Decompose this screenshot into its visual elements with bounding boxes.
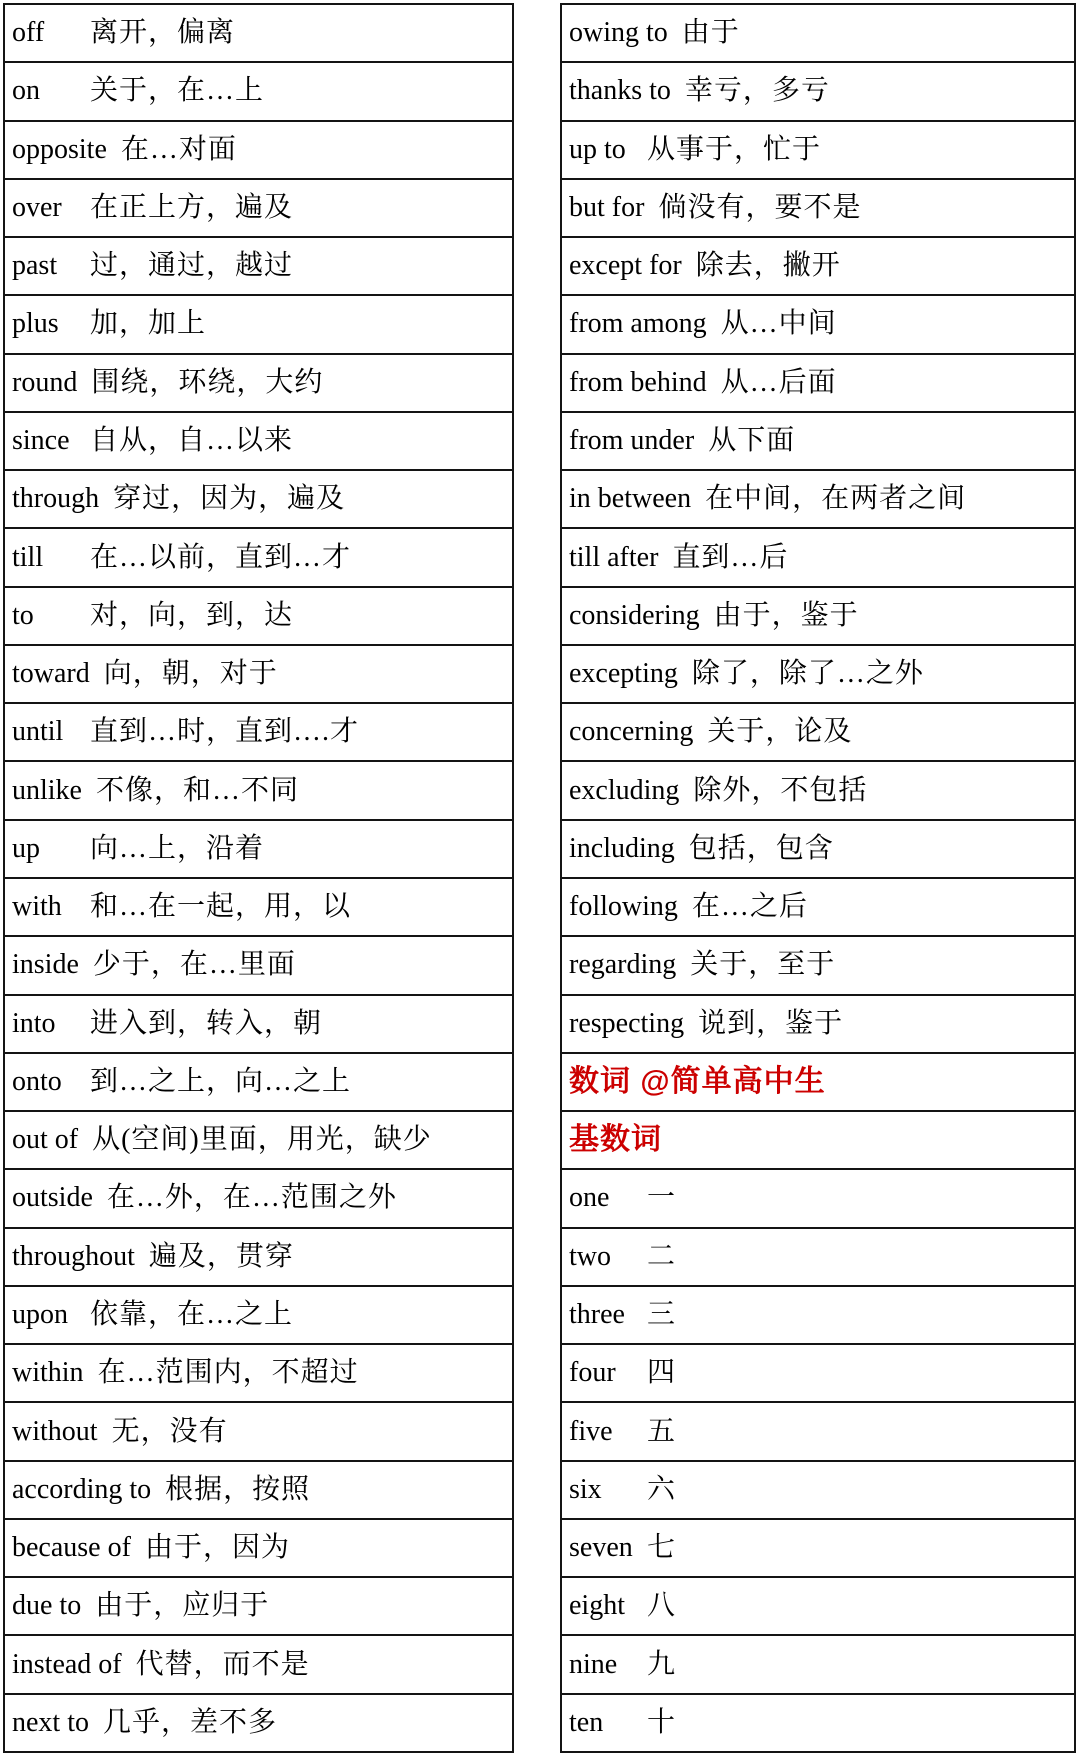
- english-word: regarding: [569, 951, 676, 979]
- chinese-meaning: 由于: [682, 19, 740, 47]
- english-word: up: [12, 835, 76, 863]
- vocab-row: excluding除外，不包括: [562, 762, 1074, 820]
- english-word: in between: [569, 485, 691, 513]
- english-word: toward: [12, 660, 90, 688]
- vocab-row: five五: [562, 1403, 1074, 1461]
- vocab-row: six六: [562, 1462, 1074, 1520]
- chinese-meaning: 对，向，到，达: [90, 602, 293, 630]
- chinese-meaning: 二: [647, 1243, 676, 1271]
- english-word: respecting: [569, 1010, 684, 1038]
- english-word: off: [12, 19, 76, 47]
- vocab-row: round围绕，环绕，大约: [5, 355, 512, 413]
- chinese-meaning: 过，通过，越过: [90, 252, 293, 280]
- chinese-meaning: 向…上，沿着: [90, 835, 264, 863]
- english-word: two: [569, 1243, 633, 1271]
- english-word: considering: [569, 602, 700, 630]
- vocab-row: from behind从…后面: [562, 355, 1074, 413]
- vocab-row: excepting除了，除了…之外: [562, 646, 1074, 704]
- vocab-row: according to根据，按照: [5, 1462, 512, 1520]
- chinese-meaning: 穿过，因为，遍及: [113, 485, 345, 513]
- vocab-row: in between在中间，在两者之间: [562, 471, 1074, 529]
- chinese-meaning: 六: [647, 1476, 676, 1504]
- chinese-meaning: 自从，自…以来: [90, 427, 293, 455]
- left-vocab-table: off离开，偏离on关于，在…上opposite在…对面over在正上方，遍及p…: [3, 3, 514, 1753]
- chinese-meaning: 从事于，忙于: [647, 136, 821, 164]
- vocab-row: seven七: [562, 1520, 1074, 1578]
- vocab-row: next to几乎，差不多: [5, 1695, 512, 1753]
- chinese-meaning: 九: [647, 1651, 676, 1679]
- chinese-meaning: 在…对面: [121, 136, 237, 164]
- english-word: unlike: [12, 777, 82, 805]
- chinese-meaning: 从(空间)里面，用光，缺少: [92, 1126, 432, 1154]
- english-word: past: [12, 252, 76, 280]
- vocab-row: following在…之后: [562, 879, 1074, 937]
- english-word: out of: [12, 1126, 78, 1154]
- english-word: opposite: [12, 136, 107, 164]
- chinese-meaning: 由于，应归于: [95, 1592, 269, 1620]
- english-word: instead of: [12, 1651, 122, 1679]
- english-word: except for: [569, 252, 682, 280]
- chinese-meaning: 无，没有: [112, 1418, 228, 1446]
- chinese-meaning: 倘没有，要不是: [658, 194, 861, 222]
- chinese-meaning: 向，朝，对于: [104, 660, 278, 688]
- english-word: within: [12, 1359, 84, 1387]
- english-word: seven: [569, 1534, 633, 1562]
- vocab-row: toward向，朝，对于: [5, 646, 512, 704]
- chinese-meaning: 直到…时，直到….才: [90, 718, 359, 746]
- chinese-meaning: 少于，在…里面: [93, 951, 296, 979]
- chinese-meaning: 从下面: [708, 427, 795, 455]
- vocab-row: out of从(空间)里面，用光，缺少: [5, 1112, 512, 1170]
- chinese-meaning: 和…在一起，用，以: [90, 893, 351, 921]
- english-word: nine: [569, 1651, 633, 1679]
- vocab-row: plus加，加上: [5, 296, 512, 354]
- vocab-row: ten十: [562, 1695, 1074, 1753]
- english-word: but for: [569, 194, 644, 222]
- english-word: from under: [569, 427, 694, 455]
- vocab-row: concerning关于，论及: [562, 704, 1074, 762]
- vocab-row: onto到…之上，向…之上: [5, 1054, 512, 1112]
- vocab-row: two二: [562, 1229, 1074, 1287]
- english-word: till after: [569, 544, 658, 572]
- vocab-row: regarding关于，至于: [562, 937, 1074, 995]
- chinese-meaning: 一: [647, 1184, 676, 1212]
- vocab-row: thanks to幸亏，多亏: [562, 63, 1074, 121]
- english-word: next to: [12, 1709, 89, 1737]
- chinese-meaning: 不像，和…不同: [96, 777, 299, 805]
- vocab-row: till在…以前，直到…才: [5, 529, 512, 587]
- chinese-meaning: 包括，包含: [689, 835, 834, 863]
- vocab-row: from among从…中间: [562, 296, 1074, 354]
- vocab-row: since自从，自…以来: [5, 413, 512, 471]
- chinese-meaning: 除外，不包括: [693, 777, 867, 805]
- vocab-row: without无，没有: [5, 1403, 512, 1461]
- vocab-row: until直到…时，直到….才: [5, 704, 512, 762]
- chinese-meaning: 除了，除了…之外: [692, 660, 924, 688]
- vocab-row: over在正上方，遍及: [5, 180, 512, 238]
- chinese-meaning: 进入到，转入，朝: [90, 1010, 322, 1038]
- vocab-row: considering由于，鉴于: [562, 588, 1074, 646]
- vocab-row: eight八: [562, 1578, 1074, 1636]
- chinese-meaning: 在…之后: [692, 893, 808, 921]
- chinese-meaning: 围绕，环绕，大约: [91, 369, 323, 397]
- english-word: excluding: [569, 777, 679, 805]
- chinese-meaning: 除去，撇开: [696, 252, 841, 280]
- vocab-row: upon依靠，在…之上: [5, 1287, 512, 1345]
- chinese-meaning: 五: [647, 1418, 676, 1446]
- english-word: from among: [569, 310, 707, 338]
- english-word: throughout: [12, 1243, 135, 1271]
- english-word: from behind: [569, 369, 707, 397]
- section-header: 基数词: [569, 1125, 662, 1155]
- vocab-row: up向…上，沿着: [5, 821, 512, 879]
- chinese-meaning: 在中间，在两者之间: [705, 485, 966, 513]
- english-word: upon: [12, 1301, 76, 1329]
- english-word: round: [12, 369, 77, 397]
- chinese-meaning: 幸亏，多亏: [685, 77, 830, 105]
- vocab-row: one一: [562, 1170, 1074, 1228]
- vocab-row: 基数词: [562, 1112, 1074, 1170]
- vocab-row: opposite在…对面: [5, 122, 512, 180]
- english-word: till: [12, 544, 76, 572]
- vocab-row: throughout遍及，贯穿: [5, 1229, 512, 1287]
- vocab-row: 数词 @简单高中生: [562, 1054, 1074, 1112]
- vocab-row: unlike不像，和…不同: [5, 762, 512, 820]
- chinese-meaning: 直到…后: [672, 544, 788, 572]
- vocab-row: except for除去，撇开: [562, 238, 1074, 296]
- chinese-meaning: 由于，因为: [145, 1534, 290, 1562]
- chinese-meaning: 到…之上，向…之上: [90, 1068, 351, 1096]
- english-word: because of: [12, 1534, 131, 1562]
- chinese-meaning: 遍及，贯穿: [149, 1243, 294, 1271]
- chinese-meaning: 关于，论及: [707, 718, 852, 746]
- vocab-row: because of由于，因为: [5, 1520, 512, 1578]
- chinese-meaning: 离开，偏离: [90, 19, 235, 47]
- vocab-row: into进入到，转入，朝: [5, 996, 512, 1054]
- vocab-row: owing to由于: [562, 5, 1074, 63]
- english-word: concerning: [569, 718, 693, 746]
- english-word: due to: [12, 1592, 81, 1620]
- english-word: to: [12, 602, 76, 630]
- english-word: outside: [12, 1184, 93, 1212]
- english-word: five: [569, 1418, 633, 1446]
- chinese-meaning: 三: [647, 1301, 676, 1329]
- chinese-meaning: 在…外，在…范围之外: [107, 1184, 397, 1212]
- vocab-row: due to由于，应归于: [5, 1578, 512, 1636]
- english-word: ten: [569, 1709, 633, 1737]
- chinese-meaning: 在…以前，直到…才: [90, 544, 351, 572]
- chinese-meaning: 说到，鉴于: [698, 1010, 843, 1038]
- english-word: three: [569, 1301, 633, 1329]
- english-word: on: [12, 77, 76, 105]
- chinese-meaning: 从…中间: [721, 310, 837, 338]
- english-word: through: [12, 485, 99, 513]
- english-word: six: [569, 1476, 633, 1504]
- chinese-meaning: 在…范围内，不超过: [98, 1359, 359, 1387]
- chinese-meaning: 加，加上: [90, 310, 206, 338]
- english-word: including: [569, 835, 675, 863]
- english-word: without: [12, 1418, 98, 1446]
- english-word: following: [569, 893, 678, 921]
- english-word: excepting: [569, 660, 678, 688]
- english-word: inside: [12, 951, 79, 979]
- english-word: eight: [569, 1592, 633, 1620]
- english-word: over: [12, 194, 76, 222]
- chinese-meaning: 依靠，在…之上: [90, 1301, 293, 1329]
- vocab-row: through穿过，因为，遍及: [5, 471, 512, 529]
- vocab-row: up to从事于，忙于: [562, 122, 1074, 180]
- chinese-meaning: 八: [647, 1592, 676, 1620]
- chinese-meaning: 在正上方，遍及: [90, 194, 293, 222]
- chinese-meaning: 从…后面: [721, 369, 837, 397]
- chinese-meaning: 关于，在…上: [90, 77, 264, 105]
- english-word: since: [12, 427, 76, 455]
- vocab-row: outside在…外，在…范围之外: [5, 1170, 512, 1228]
- english-word: with: [12, 893, 76, 921]
- vocab-row: inside少于，在…里面: [5, 937, 512, 995]
- vocab-row: four四: [562, 1345, 1074, 1403]
- vocab-row: off离开，偏离: [5, 5, 512, 63]
- english-word: owing to: [569, 19, 668, 47]
- vocab-row: nine九: [562, 1636, 1074, 1694]
- chinese-meaning: 七: [647, 1534, 676, 1562]
- vocab-row: within在…范围内，不超过: [5, 1345, 512, 1403]
- vocab-row: on关于，在…上: [5, 63, 512, 121]
- chinese-meaning: 四: [647, 1359, 676, 1387]
- chinese-meaning: 根据，按照: [165, 1476, 310, 1504]
- vocab-row: instead of代替，而不是: [5, 1636, 512, 1694]
- vocab-row: but for倘没有，要不是: [562, 180, 1074, 238]
- vocab-row: three三: [562, 1287, 1074, 1345]
- section-header: 数词 @简单高中生: [569, 1067, 826, 1097]
- vocab-row: till after直到…后: [562, 529, 1074, 587]
- english-word: plus: [12, 310, 76, 338]
- chinese-meaning: 十: [647, 1709, 676, 1737]
- chinese-meaning: 由于，鉴于: [714, 602, 859, 630]
- vocab-row: including包括，包含: [562, 821, 1074, 879]
- vocab-row: with和…在一起，用，以: [5, 879, 512, 937]
- right-vocab-table: owing to由于thanks to幸亏，多亏up to从事于，忙于but f…: [560, 3, 1076, 1753]
- english-word: up to: [569, 136, 633, 164]
- english-word: four: [569, 1359, 633, 1387]
- english-word: thanks to: [569, 77, 671, 105]
- english-word: onto: [12, 1068, 76, 1096]
- english-word: into: [12, 1010, 76, 1038]
- chinese-meaning: 代替，而不是: [136, 1651, 310, 1679]
- chinese-meaning: 关于，至于: [690, 951, 835, 979]
- chinese-meaning: 几乎，差不多: [103, 1709, 277, 1737]
- vocab-row: to对，向，到，达: [5, 588, 512, 646]
- english-word: until: [12, 718, 76, 746]
- vocab-row: from under从下面: [562, 413, 1074, 471]
- vocab-row: respecting说到，鉴于: [562, 996, 1074, 1054]
- english-word: one: [569, 1184, 633, 1212]
- vocab-row: past过，通过，越过: [5, 238, 512, 296]
- english-word: according to: [12, 1476, 151, 1504]
